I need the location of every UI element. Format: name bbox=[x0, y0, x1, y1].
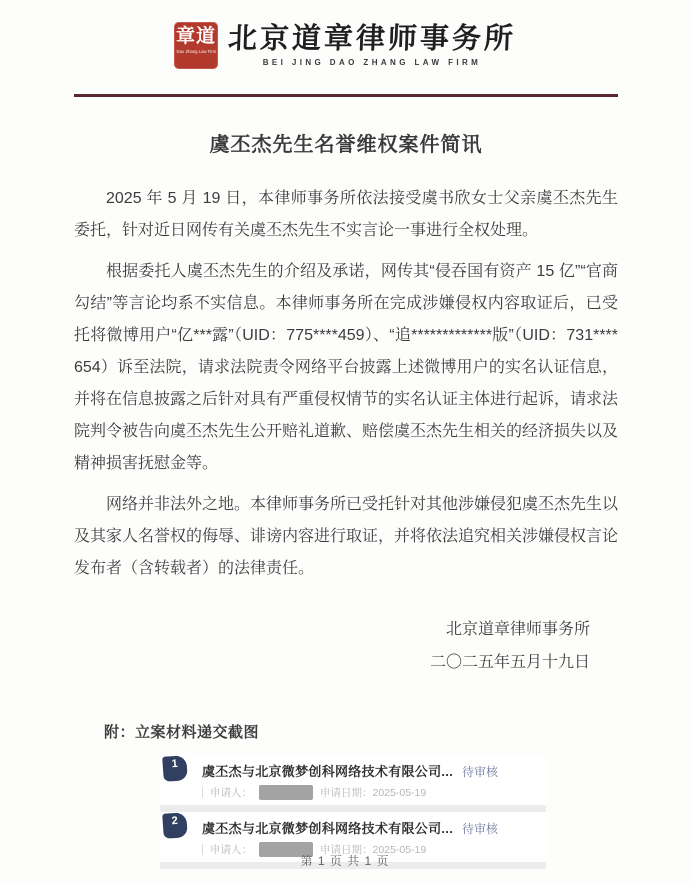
seal-characters: 章道 bbox=[176, 27, 216, 46]
paragraph-3: 网络并非法外之地。本律师事务所已受托针对其他涉嫌侵犯虞丕杰先生以及其家人名誉权的… bbox=[74, 489, 618, 585]
item-number-badge: 1 bbox=[162, 755, 188, 782]
seal-subtext: Dao Zhang Law Firm bbox=[176, 49, 216, 54]
redacted-applicant-name bbox=[259, 785, 313, 800]
document-title: 虞丕杰先生名誉维权案件简讯 bbox=[74, 128, 618, 157]
status-badge: 待审核 bbox=[462, 763, 498, 780]
case-meta: 申请人： 申请日期：2025-05-19 bbox=[202, 785, 546, 800]
firm-name-english: BEI JING DAO ZHANG LAW FIRM bbox=[228, 58, 516, 67]
application-date: 申请日期：2025-05-19 bbox=[320, 785, 426, 800]
paragraph-2: 根据委托人虞丕杰先生的介绍及承诺，网传其“侵吞国有资产 15 亿”“官商勾结”等… bbox=[74, 256, 618, 480]
meta-divider bbox=[202, 787, 203, 798]
case-title: 虞丕杰与北京微梦创科网络技术有限公司... bbox=[202, 818, 453, 837]
page-number: 第 1 页 共 1 页 bbox=[0, 852, 690, 869]
firm-name-block: 北京道章律师事务所 BEI JING DAO ZHANG LAW FIRM bbox=[228, 23, 516, 68]
paragraph-1: 2025 年 5 月 19 日，本律师事务所依法接受虞书欣女士父亲虞丕杰先生委托… bbox=[74, 183, 618, 247]
firm-seal-icon: 章道 Dao Zhang Law Firm bbox=[174, 22, 218, 69]
applicant-label: 申请人： bbox=[210, 785, 252, 800]
signature-date: 二〇二五年五月十九日 bbox=[74, 646, 590, 679]
header-divider bbox=[74, 94, 618, 97]
attachment-label: 附：立案材料递交截图 bbox=[74, 721, 618, 742]
document-body: 2025 年 5 月 19 日，本律师事务所依法接受虞书欣女士父亲虞丕杰先生委托… bbox=[74, 183, 618, 585]
case-title: 虞丕杰与北京微梦创科网络技术有限公司... bbox=[202, 761, 453, 780]
item-number-badge: 2 bbox=[162, 812, 188, 839]
document-page: 章道 Dao Zhang Law Firm 北京道章律师事务所 BEI JING… bbox=[0, 0, 690, 885]
filing-list-item: 1 虞丕杰与北京微梦创科网络技术有限公司... 待审核 申请人： 申请日期：20… bbox=[160, 755, 546, 805]
list-separator bbox=[160, 805, 546, 812]
signature-firm-name: 北京道章律师事务所 bbox=[74, 613, 590, 646]
signature-block: 北京道章律师事务所 二〇二五年五月十九日 bbox=[74, 613, 618, 679]
firm-name-chinese: 北京道章律师事务所 bbox=[227, 23, 516, 55]
status-badge: 待审核 bbox=[462, 820, 498, 837]
law-firm-logo: 章道 Dao Zhang Law Firm 北京道章律师事务所 BEI JING… bbox=[0, 0, 690, 74]
